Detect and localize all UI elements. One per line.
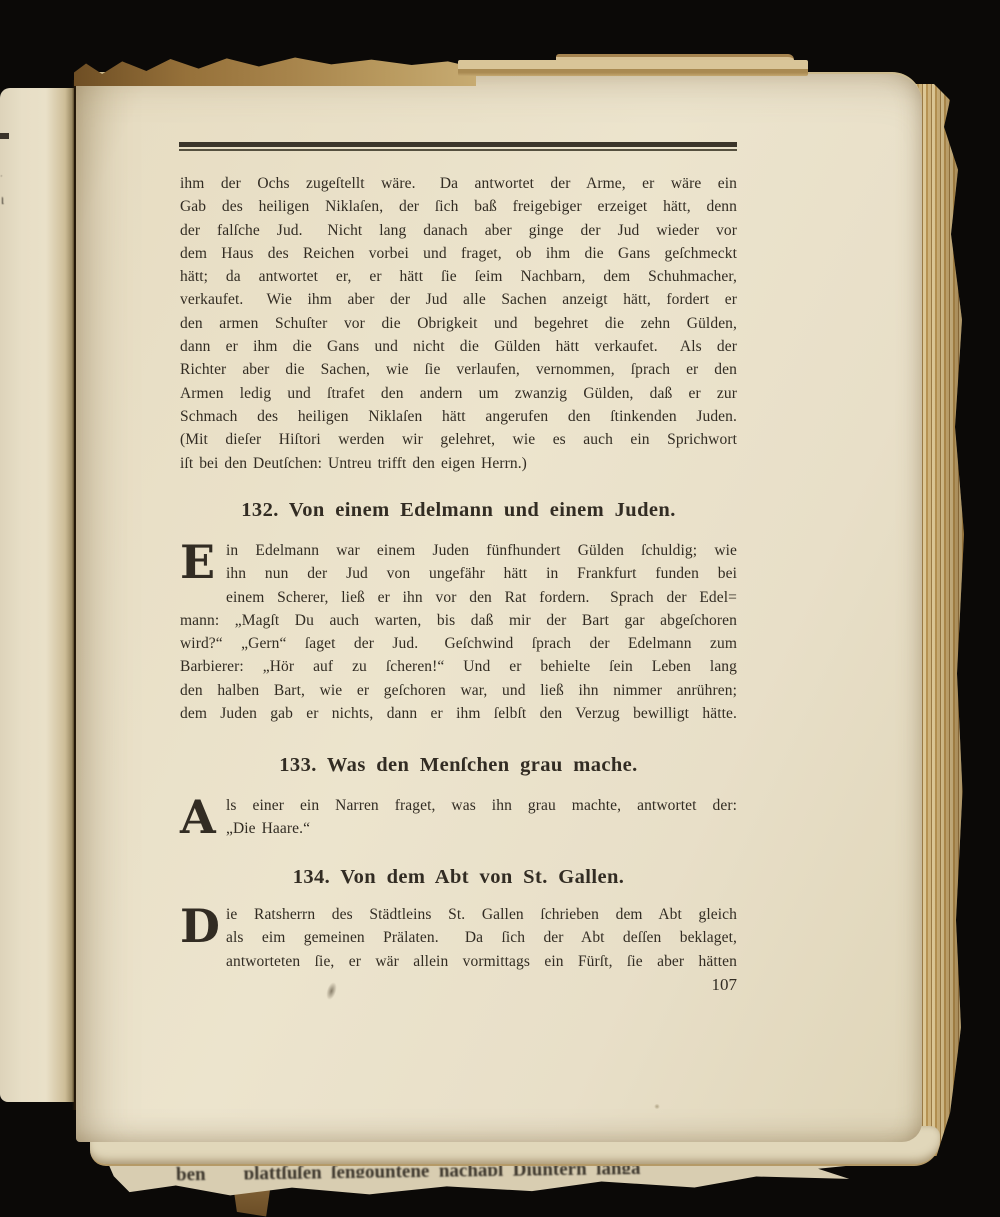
torn-top-edge [74,56,476,86]
text-line: der falſche Jud. Nicht lang danach aber … [180,219,737,242]
facing-page-letter-fragment: n [2,191,13,209]
paragraph-134: D ie Ratsherrn des Städtleins St. Gallen… [180,903,737,973]
header-rule-thin [179,149,737,151]
text-line: ls einer ein Narren fraget, was ihn grau… [180,794,737,817]
screenshot-root: { "colors": { "background": "#0b0907", "… [0,0,1000,1217]
facing-page-letter-fragment: y [1,170,12,188]
paragraph-131-continuation: ihm der Ochs zugeſtellt wäre. Da antwort… [180,172,737,475]
text-line: Armen ledig und ſtrafet den andern um zw… [180,382,737,405]
text-line: den armen Schuſter vor die Obrigkeit und… [180,312,737,335]
dust-speck [654,1104,660,1109]
text-line: verkaufet. Wie ihm aber der Jud alle Sac… [180,288,737,311]
drop-cap-d: D [180,905,220,951]
section-heading-134: 134. Von dem Abt von St. Gallen. [180,864,737,890]
text-line: ihn nun der Jud von ungefähr hätt in Fra… [180,562,737,585]
text-line: den halben Bart, wie er geſchoren war, u… [180,679,737,702]
text-line: in Edelmann war einem Juden fünfhundert … [180,539,737,562]
section-heading-133: 133. Was den Menſchen grau mache. [180,752,737,778]
text-line: Schmach des heiligen Niklaſen hätt anger… [180,405,737,428]
text-line: Richter aber die Sachen, wie ſie verlauf… [180,358,737,381]
text-line: Barbierer: „Hör auf zu ſcheren!“ Und er … [180,655,737,678]
text-line: als eim gemeinen Prälaten. Da ſich der A… [180,926,737,949]
text-line: wird?“ „Gern“ ſaget der Jud. Geſchwind ſ… [180,632,737,655]
text-line: hätt; da antwortet er, er hätt ſie ſeim … [180,265,737,288]
page-number: 107 [180,975,737,995]
text-line: dem Haus des Reichen vorbei und fraget, … [180,242,737,265]
text-line: Gab des heiligen Niklaſen, der ſich baß … [180,195,737,218]
paragraph-133: A ls einer ein Narren fraget, was ihn gr… [180,794,737,842]
top-edge-strip [458,60,808,76]
text-line: dann er ihm die Gans und nicht die Gülde… [180,335,737,358]
text-line: mann: „Magſt Du auch warten, bis daß mir… [180,609,737,632]
header-rule-thick [179,142,737,147]
text-line: einem Scherer, ließ er ihn vor den Rat f… [180,586,737,609]
text-line: dem Juden gab er nichts, dann er ihm ſel… [180,702,737,725]
text-line: ihm der Ochs zugeſtellt wäre. Da antwort… [180,172,737,195]
text-line: iſt bei den Deutſchen: Untreu trifft den… [180,452,737,475]
paragraph-132: E in Edelmann war einem Juden fünfhunder… [180,539,737,725]
drop-cap-e: E [180,541,220,587]
text-line: „Die Haare.“ [180,817,737,840]
section-heading-132: 132. Von einem Edelmann und einem Juden. [180,497,737,523]
text-line: antworteten ſie, er wär allein vormittag… [180,950,737,973]
facing-page-edge: y n [0,88,74,1102]
facing-page-rule-fragment [0,133,9,139]
drop-cap-a: A [180,796,220,842]
text-line: (Mit dieſer Hiſtori werden wir gelehret,… [180,428,737,451]
text-line: ie Ratsherrn des Städtleins St. Gallen ſ… [180,903,737,926]
